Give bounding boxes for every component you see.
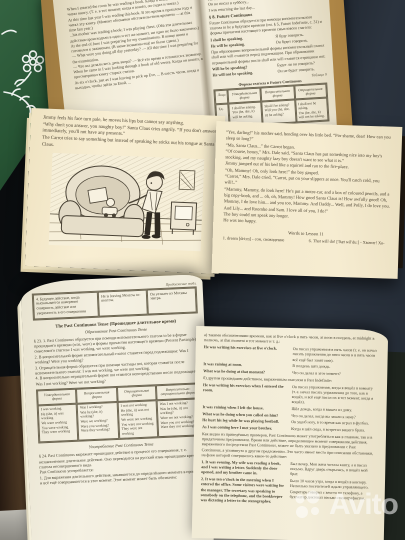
dialogue-text: “Yes, darling!” his mother said, bending… <box>223 129 392 229</box>
table-cell: I shall not be asking. You (he, she, it)… <box>295 98 329 123</box>
table-cell: Он уезжает из Москвы завтра. <box>147 287 197 314</box>
word-entry: 6. That will do! ['ðæt wil'du:] - Хватит… <box>309 239 389 247</box>
example-en: It was raining when I left the house. <box>203 404 288 411</box>
future-intention-table: 4. Будущее действие, когда высказывается… <box>32 286 198 320</box>
usage-paragraph: Как видно из приведённых примеров, Past … <box>201 431 376 462</box>
example-ru: В полдень шёл дождь. <box>292 363 377 370</box>
middle-book-right-page: “Yes, darling!” his mother said, bending… <box>212 121 403 279</box>
table-cell: I was working He (she, it) was working W… <box>38 403 79 442</box>
example-en: He was writing his exercises at five o'c… <box>204 344 289 361</box>
story-illustration <box>49 152 205 250</box>
grammar-examples-text: When I entered the room he was reading a… <box>67 0 205 91</box>
example-en: 1. It was evening. My wife was reading a… <box>201 459 286 476</box>
example-en: It was raining at noon. <box>203 362 288 369</box>
example-pair: 1. It was evening. My wife was reading a… <box>201 459 375 478</box>
table-cell: He is leaving Moscow to-morrow. <box>98 290 148 317</box>
middle-book-left-page: Jimmy feels his face turn pale, he moves… <box>25 108 225 274</box>
example-ru: Когда я шёл сюда, я встретил вашего брат… <box>291 426 376 433</box>
example-ru: Шёл дождь, когда я вышел из дому. <box>291 406 376 413</box>
book-photo-scene: When I entered the room he was reading a… <box>0 0 405 540</box>
example-ru: Что он делал в этот момент? <box>292 370 377 377</box>
table-cell: Shall I be asking? Will you (he, she, it… <box>261 100 296 125</box>
example-ru: Что он делал, когда вы зашли к нему? <box>291 413 376 420</box>
avito-watermark: Avito <box>292 489 398 521</box>
flower-doodle-icon <box>15 51 43 86</box>
example-ru: Он ушиб ногу, в то время как играл в фут… <box>291 419 376 426</box>
table-header: Лицо <box>214 90 228 105</box>
example-en: He hurt his leg while he was playing foo… <box>202 417 287 424</box>
story-text: Jimmy feels his face turn pale, he moves… <box>42 116 217 157</box>
table-cell: Was I working? Was he (she, it) working?… <box>77 402 119 441</box>
example-pair: He was writing his exercises at five o'c… <box>204 344 378 363</box>
bottom-book-left-page: Продолжение табл. 4. Будущее действие, к… <box>20 274 213 540</box>
past-continuous-forms-table: Утвердительная форма Вопросительная форм… <box>36 383 203 444</box>
table-cell: I was not working He (she, it) was not w… <box>117 400 158 439</box>
example-en: What was he doing when you called on him… <box>202 411 287 418</box>
example-ru: Он писал упражнения, когда я вошёл в ком… <box>292 384 377 407</box>
avito-logo-icon <box>292 489 324 521</box>
example-ru: Он писал упражнения в пять часов (т. е. … <box>293 346 378 363</box>
example-en: He was writing his exercises when I ente… <box>203 382 288 405</box>
example-en: As I was coming here I met your brother. <box>202 424 287 431</box>
word-entry: 1. dream [dri:m] - сон, сновидение <box>223 236 303 244</box>
watermark-label: Avito <box>329 490 398 520</box>
example-pair: He was writing his exercises when I ente… <box>203 382 377 406</box>
example-ru: Был вечер. Моя жена читала книгу, а я пи… <box>290 461 375 478</box>
example-en: What was he doing at that moment? <box>203 368 288 375</box>
paragraph-24: § 24. Past Continuous выражает прошедшее… <box>39 447 205 487</box>
boy-armchair-tv-drawing <box>49 152 205 250</box>
table-cell: 4. Будущее действие, когда высказывается… <box>33 292 99 320</box>
example-en: 2. It was ten o'clock in the morning whe… <box>201 476 287 504</box>
paragraph-23: § 23. 1. Past Continuous образуется при … <box>34 331 201 387</box>
